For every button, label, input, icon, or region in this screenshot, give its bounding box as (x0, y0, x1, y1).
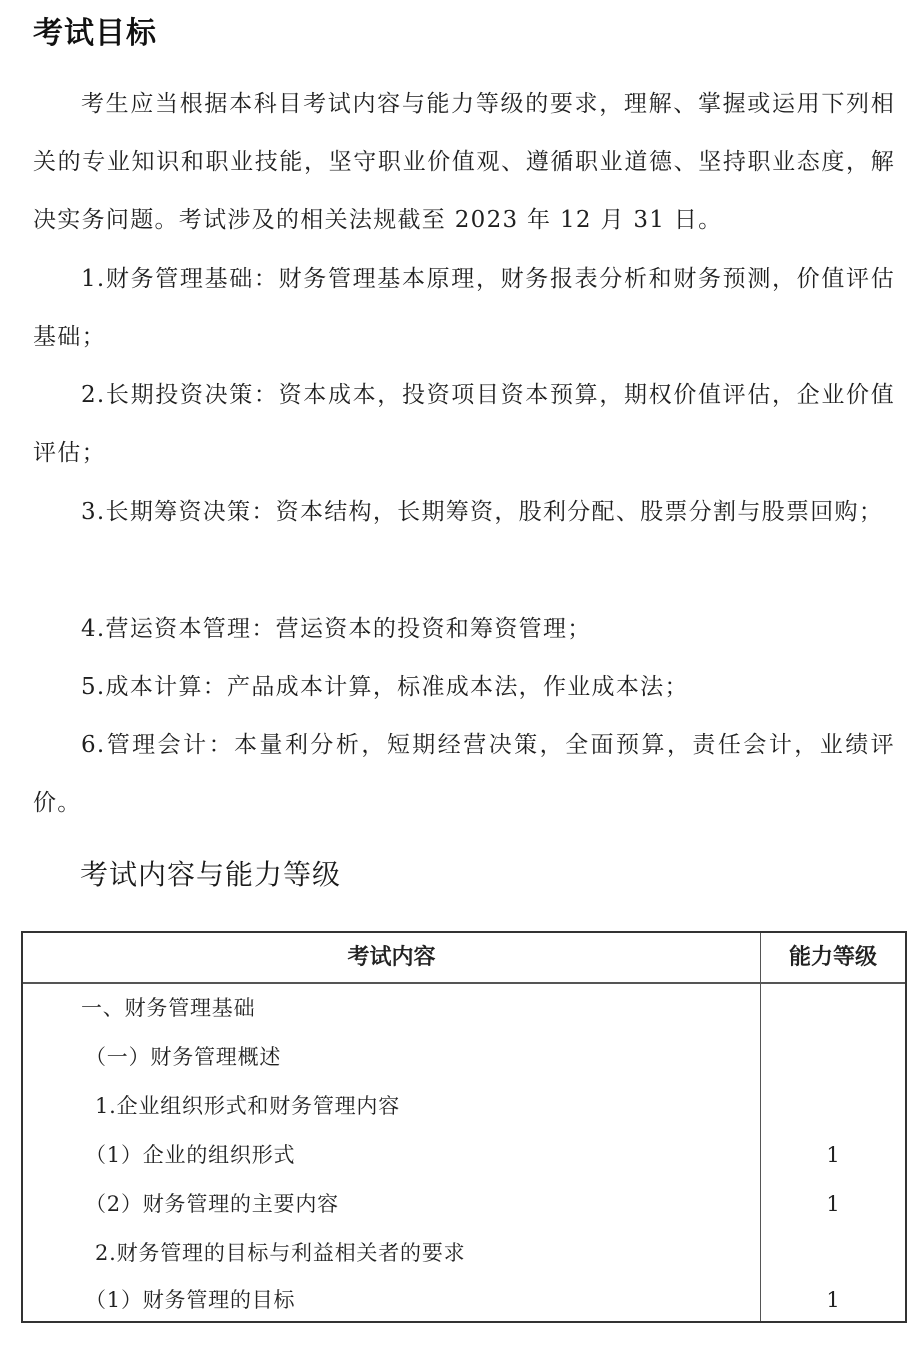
objective-item-1: 1.财务管理基础：财务管理基本原理，财务报表分析和财务预测，价值评估基础； (33, 250, 895, 366)
table-row: （一）财务管理概述 (23, 1033, 905, 1082)
row-level (761, 1033, 905, 1082)
header-level: 能力等级 (761, 933, 905, 982)
table-row: （1）企业的组织形式 1 (23, 1131, 905, 1180)
row-level (761, 984, 905, 1033)
row-content: 2.财务管理的目标与利益相关者的要求 (95, 1229, 465, 1278)
row-level: 1 (761, 1276, 905, 1325)
objective-item-6: 6.管理会计：本量利分析，短期经营决策，全面预算，责任会计，业绩评价。 (33, 716, 895, 832)
page-heading: 考试目标 (33, 14, 157, 54)
row-content: （1）企业的组织形式 (85, 1131, 295, 1180)
table-header-row: 考试内容 能力等级 (23, 933, 905, 984)
row-level (761, 1082, 905, 1131)
table-row: 1.企业组织形式和财务管理内容 (23, 1082, 905, 1131)
objective-item-2: 2.长期投资决策：资本成本，投资项目资本预算，期权价值评估，企业价值评估； (33, 366, 895, 482)
row-level: 1 (761, 1180, 905, 1229)
row-content: 一、财务管理基础 (81, 984, 255, 1033)
intro-paragraph: 考生应当根据本科目考试内容与能力等级的要求，理解、掌握或运用下列相关的专业知识和… (33, 75, 895, 249)
row-level: 1 (761, 1131, 905, 1180)
table-row: （1）财务管理的目标 1 (23, 1276, 905, 1325)
row-level (761, 1229, 905, 1278)
table-row: 2.财务管理的目标与利益相关者的要求 (23, 1229, 905, 1278)
objective-item-5: 5.成本计算：产品成本计算，标准成本法，作业成本法； (33, 658, 895, 716)
table-row: 一、财务管理基础 (23, 984, 905, 1033)
section-heading: 考试内容与能力等级 (80, 855, 341, 895)
objective-item-3: 3.长期筹资决策：资本结构，长期筹资，股利分配、股票分割与股票回购； (33, 483, 895, 541)
row-content: （一）财务管理概述 (85, 1033, 281, 1082)
content-level-table: 考试内容 能力等级 一、财务管理基础 （一）财务管理概述 1.企业组织形式和财务… (21, 931, 907, 1323)
header-content: 考试内容 (23, 933, 760, 982)
table-row: （2）财务管理的主要内容 1 (23, 1180, 905, 1229)
objective-item-4: 4.营运资本管理：营运资本的投资和筹资管理； (33, 600, 895, 658)
row-content: （2）财务管理的主要内容 (85, 1180, 339, 1229)
row-content: （1）财务管理的目标 (85, 1276, 295, 1325)
row-content: 1.企业组织形式和财务管理内容 (95, 1082, 400, 1131)
